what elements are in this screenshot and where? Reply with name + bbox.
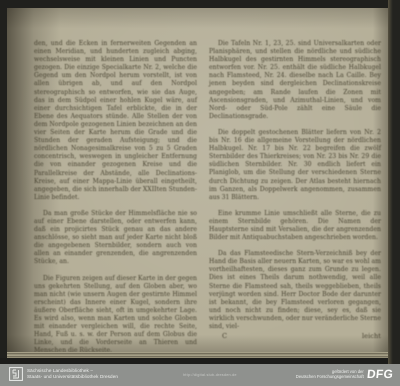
funding-text-line2: Deutschen Forschungsgemeinschaft [296, 374, 364, 379]
screenshot-stage: den, und die Ecken in fernerweiten Gegen… [0, 0, 400, 386]
library-name: Sächsische Landesbibliothek – Staats- un… [27, 368, 118, 380]
paragraph: Die Figuren zeigen auf dieser Karte in d… [34, 275, 197, 356]
catchword: leicht [362, 332, 381, 340]
text-column-left: den, und die Ecken in fernerweiten Gegen… [34, 40, 197, 355]
paragraph: Da das Flamsteedische Stern-Verzeichniß … [209, 250, 381, 331]
paragraph: Die doppelt gestochenen Blätter liefern … [209, 129, 381, 202]
paragraph: Die Tafeln Nr. 1, 23, 25. sind Universal… [209, 40, 381, 121]
library-name-line2: Staats- und Universitätsbibliothek Dresd… [27, 374, 118, 380]
text-column-right: Die Tafeln Nr. 1, 23, 25. sind Universal… [209, 40, 381, 340]
sheet-signature: C [222, 332, 227, 340]
slub-logo-icon [9, 367, 23, 381]
scanned-page: den, und die Ecken in fernerweiten Gegen… [7, 8, 388, 352]
watermark-url: http://digital.slub-dresden.de [183, 373, 237, 377]
funding-credit: gefördert von der Deutschen Forschungsge… [296, 367, 393, 381]
paragraph: Eine krumme Linie umschließt alle Sterne… [209, 210, 381, 242]
funding-text: gefördert von der Deutschen Forschungsge… [296, 369, 364, 380]
paragraph: den, und die Ecken in fernerweiten Gegen… [34, 40, 197, 202]
library-credit: Sächsische Landesbibliothek – Staats- un… [9, 367, 118, 381]
scan-background-right [388, 0, 400, 364]
signature-line: C leicht [209, 332, 381, 340]
paragraph: Da man große Stücke der Himmelsfläche ni… [34, 210, 197, 267]
footer-bar: Sächsische Landesbibliothek – Staats- un… [0, 364, 400, 386]
dfg-logo: DFG [366, 367, 394, 381]
